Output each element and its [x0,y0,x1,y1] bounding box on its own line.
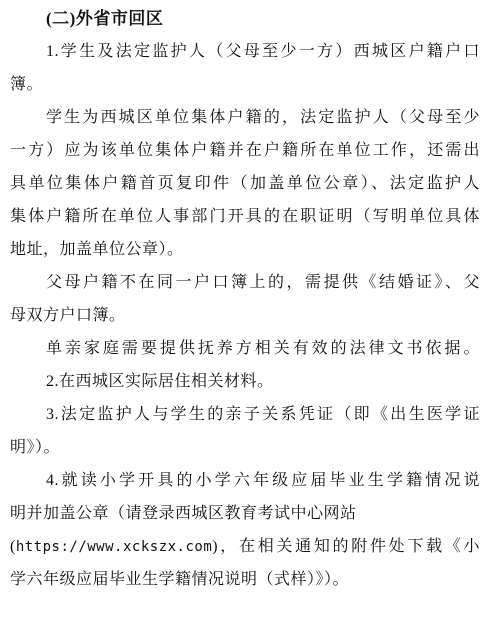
paragraph-line: 明并加盖公章（请登录西城区教育考试中心网站 [10,497,480,530]
paragraph-line-with-url: (https://www.xckszx.com)，在相关通知的附件处下载《小 [10,530,480,563]
paragraph-line: 1.学生及法定监护人（父母至少一方）西城区户籍户口 [10,35,480,68]
paragraph-line: 3.法定监护人与学生的亲子关系凭证（即《出生医学证 [10,398,480,431]
paragraph-line: 4.就读小学开具的小学六年级应届毕业生学籍情况说 [10,464,480,497]
paragraph-line: 集体户籍所在单位人事部门开具的在职证明（写明单位具体 [10,200,480,233]
paragraph-line: 2.在西城区实际居住相关材料。 [10,365,480,398]
paragraph-line: 明》）。 [10,431,480,464]
paragraph-line: 具单位集体户籍首页复印件（加盖单位公章）、法定监护人 [10,167,480,200]
paragraph-line: 父母户籍不在同一户口簿上的，需提供《结婚证》、父 [10,266,480,299]
url-post-text: )，在相关通知的附件处下载《小 [212,538,480,555]
paragraph-line: 母双方户口簿。 [10,299,480,332]
paragraph-line: 学生为西城区单位集体户籍的，法定监护人（父母至少 [10,101,480,134]
paragraph-line: 地址，加盖单位公章）。 [10,233,480,266]
paragraph-line: 学六年级应届毕业生学籍情况说明（式样）》）。 [10,563,480,596]
section-heading: (二)外省市回区 [10,2,480,35]
paragraph-line: 簿。 [10,68,480,101]
document-content: (二)外省市回区 1.学生及法定监护人（父母至少一方）西城区户籍户口 簿。 学生… [0,0,491,596]
paragraph-line: 一方）应为该单位集体户籍并在户籍所在单位工作，还需出 [10,134,480,167]
url-text: https://www.xckszx.com [16,539,212,555]
document-page: (二)外省市回区 1.学生及法定监护人（父母至少一方）西城区户籍户口 簿。 学生… [0,0,491,627]
paragraph-line: 单亲家庭需要提供抚养方相关有效的法律文书依据。 [10,332,480,365]
